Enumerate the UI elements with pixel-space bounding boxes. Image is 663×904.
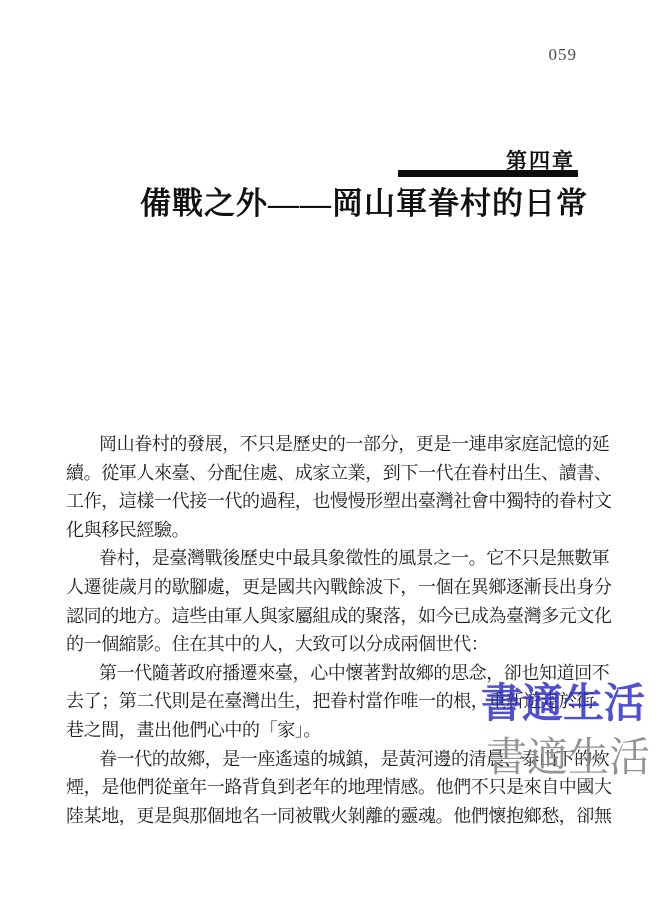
body-line: 眷村，是臺灣戰後歷史中最具象徵性的風景之一。它不只是無數軍 — [66, 544, 626, 573]
body-line: 人遷徙歲月的歇腳處，更是國共內戰餘波下，一個在異鄉逐漸長出身分 — [66, 573, 626, 602]
body-text: 岡山眷村的發展，不只是歷史的一部分，更是一連串家庭記憶的延 續。從軍人來臺、分配… — [66, 430, 626, 830]
chapter-rule — [398, 170, 578, 177]
body-line: 巷之間，畫出他們心中的「家」。 — [66, 716, 626, 745]
page-number: 059 — [549, 45, 578, 65]
body-line: 眷一代的故鄉，是一座遙遠的城鎮，是黃河邊的清晨、泰山下的炊 — [66, 745, 626, 774]
body-line: 煙，是他們從童年一路背負到老年的地理情感。他們不只是來自中國大 — [66, 773, 626, 802]
body-line: 的一個縮影。住在其中的人，大致可以分成兩個世代： — [66, 630, 626, 659]
body-line: 第一代隨著政府播遷來臺，心中懷著對故鄉的思念，卻也知道回不 — [66, 659, 626, 688]
chapter-title: 備戰之外——岡山軍眷村的日常 — [140, 178, 588, 223]
book-page: 059 第四章 備戰之外——岡山軍眷村的日常 岡山眷村的發展，不只是歷史的一部分… — [0, 0, 663, 904]
body-line: 認同的地方。這些由軍人與家屬組成的聚落，如今已成為臺灣多元文化 — [66, 602, 626, 631]
body-line: 去了；第二代則是在臺灣出生，把眷村當作唯一的根，重新遊走於街 — [66, 687, 626, 716]
body-line: 陸某地，更是與那個地名一同被戰火剝離的靈魂。他們懷抱鄉愁，卻無 — [66, 802, 626, 831]
body-line: 工作，這樣一代接一代的過程，也慢慢形塑出臺灣社會中獨特的眷村文 — [66, 487, 626, 516]
body-line: 化與移民經驗。 — [66, 516, 626, 545]
body-line: 續。從軍人來臺、分配住處、成家立業，到下一代在眷村出生、讀書、 — [66, 459, 626, 488]
body-line: 岡山眷村的發展，不只是歷史的一部分，更是一連串家庭記憶的延 — [66, 430, 626, 459]
